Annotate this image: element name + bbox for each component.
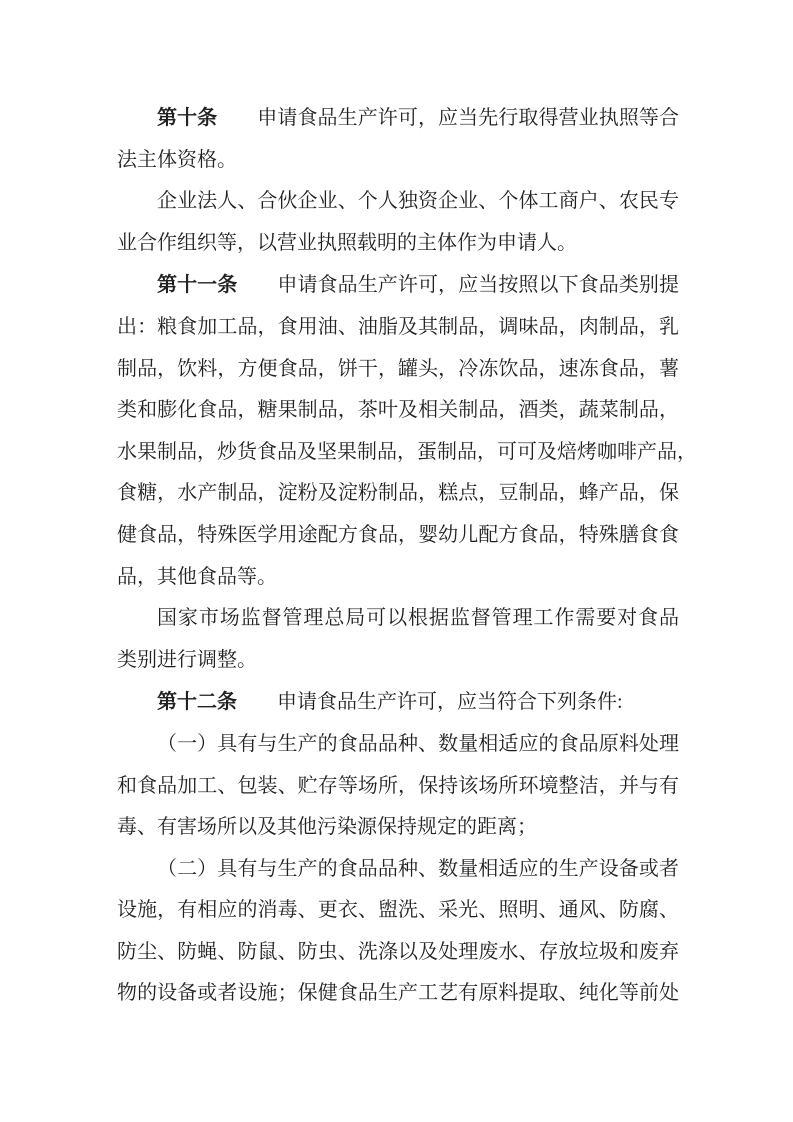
- article-12-item-1: （一）具有与生产的食品品种、数量相适应的食品原料处理和食品加工、包装、贮存等场所…: [117, 724, 679, 849]
- text-line: 国家市场监督管理总局可以根据监督管理工作需要对食品: [117, 598, 679, 640]
- text-line: 第十二条申请食品生产许可，应当符合下列条件:: [117, 681, 679, 724]
- article-12-item-2: （二）具有与生产的食品品种、数量相适应的生产设备或者设施，有相应的消毒、更衣、盥…: [117, 849, 679, 1015]
- text-line: 防尘、防蝇、防鼠、防虫、洗涤以及处理废水、存放垃圾和废弃: [117, 932, 679, 974]
- text-line: 设施，有相应的消毒、更衣、盥洗、采光、照明、通风、防腐、: [117, 890, 679, 932]
- text-line: 健食品，特殊医学用途配方食品，婴幼儿配方食品，特殊膳食食: [117, 515, 679, 557]
- text-line: 类和膨化食品，糖果制品，茶叶及相关制品，酒类，蔬菜制品，: [117, 390, 679, 432]
- article-11: 第十一条申请食品生产许可，应当按照以下食品类别提出：粮食加工品，食用油、油脂及其…: [117, 264, 679, 598]
- text-line: 企业法人、合伙企业、个人独资企业、个体工商户、农民专: [117, 181, 679, 223]
- line-text: 申请食品生产许可，应当按照以下食品类别提: [277, 274, 679, 296]
- text-line: 第十一条申请食品生产许可，应当按照以下食品类别提: [117, 264, 679, 307]
- text-line: 食糖，水产制品，淀粉及淀粉制品，糕点，豆制品，蜂产品，保: [117, 473, 679, 515]
- text-line: （一）具有与生产的食品品种、数量相适应的食品原料处理: [117, 724, 679, 766]
- document-body: 第十条申请食品生产许可，应当先行取得营业执照等合法主体资格。企业法人、合伙企业、…: [117, 97, 679, 1015]
- text-line: 类别进行调整。: [117, 640, 679, 682]
- text-line: 业合作组织等，以营业执照载明的主体作为申请人。: [117, 223, 679, 265]
- line-text: 申请食品生产许可，应当先行取得营业执照等合: [257, 107, 679, 129]
- text-line: 出：粮食加工品，食用油、油脂及其制品，调味品，肉制品，乳: [117, 307, 679, 349]
- text-line: 法主体资格。: [117, 140, 679, 182]
- article-number: 第十二条: [157, 689, 237, 713]
- article-11-para-2: 国家市场监督管理总局可以根据监督管理工作需要对食品类别进行调整。: [117, 598, 679, 681]
- article-10-para-2: 企业法人、合伙企业、个人独资企业、个体工商户、农民专业合作组织等，以营业执照载明…: [117, 181, 679, 264]
- article-number: 第十条: [157, 105, 217, 129]
- article-12: 第十二条申请食品生产许可，应当符合下列条件:: [117, 681, 679, 724]
- text-line: 制品，饮料，方便食品，饼干，罐头，冷冻饮品，速冻食品，薯: [117, 349, 679, 391]
- text-line: 毒、有害场所以及其他污染源保持规定的距离；: [117, 807, 679, 849]
- text-line: 第十条申请食品生产许可，应当先行取得营业执照等合: [117, 97, 679, 140]
- text-line: （二）具有与生产的食品品种、数量相适应的生产设备或者: [117, 849, 679, 891]
- line-text: 申请食品生产许可，应当符合下列条件:: [277, 691, 623, 713]
- page: { "page": { "background": "#ffffff", "te…: [0, 0, 793, 1122]
- article-10: 第十条申请食品生产许可，应当先行取得营业执照等合法主体资格。: [117, 97, 679, 181]
- article-number: 第十一条: [157, 272, 237, 296]
- text-line: 和食品加工、包装、贮存等场所，保持该场所环境整洁，并与有: [117, 766, 679, 808]
- text-line: 物的设备或者设施；保健食品生产工艺有原料提取、纯化等前处: [117, 973, 679, 1015]
- text-line: 水果制品，炒货食品及坚果制品，蛋制品，可可及焙烤咖啡产品，: [117, 432, 679, 474]
- text-line: 品，其他食品等。: [117, 557, 679, 599]
